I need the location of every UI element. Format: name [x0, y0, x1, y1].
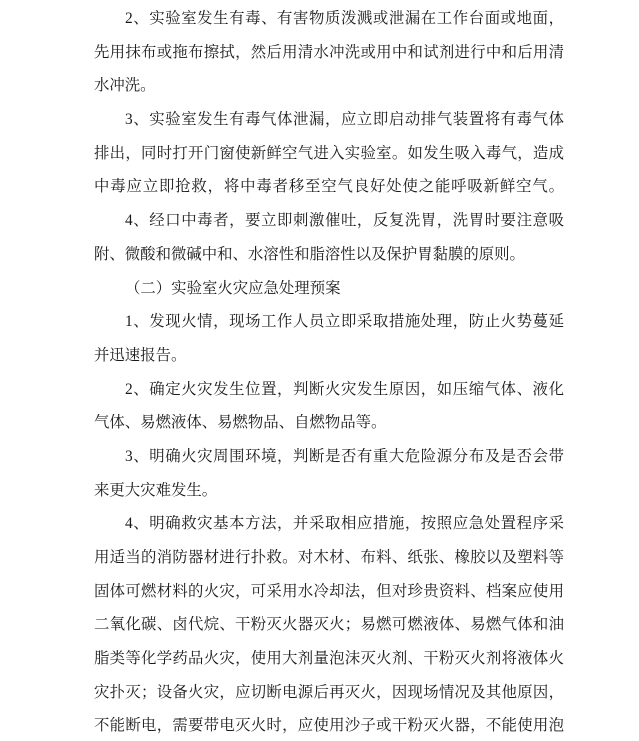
text-line: 固体可燃材料的火灾，可采用水冷却法，但对珍贵资料、档案应使用 — [94, 575, 564, 609]
section-heading: （二）实验室火灾应急处理预案 — [94, 272, 564, 306]
text-line: 1、发现火情，现场工作人员立即采取措施处理，防止火势蔓延 — [94, 305, 564, 339]
text-line: 4、经口中毒者，要立即刺激催吐，反复洗胃，洗胃时要注意吸 — [94, 204, 564, 238]
text-line: 中毒应立即抢救，将中毒者移至空气良好处使之能呼吸新鲜空气。 — [94, 170, 564, 204]
text-block: 2、实验室发生有毒、有害物质泼溅或泄漏在工作台面或地面， 先用抹布或拖布擦拭，然… — [94, 2, 564, 741]
text-line: 2、实验室发生有毒、有害物质泼溅或泄漏在工作台面或地面， — [94, 2, 564, 36]
text-line: 4、明确救灾基本方法，并采取相应措施，按照应急处置程序采 — [94, 507, 564, 541]
text-line: 气体、易燃液体、易燃物品、自燃物品等。 — [94, 406, 564, 440]
text-line: 3、实验室发生有毒气体泄漏，应立即启动排气装置将有毒气体 — [94, 103, 564, 137]
text-line: 3、明确火灾周围环境，判断是否有重大危险源分布及是否会带 — [94, 440, 564, 474]
text-line: 灾扑灭；设备火灾，应切断电源后再灭火，因现场情况及其他原因， — [94, 676, 564, 710]
text-line: 排出，同时打开门窗使新鲜空气进入实验室。如发生吸入毒气，造成 — [94, 137, 564, 171]
text-line: 用适当的消防器材进行扑救。对木材、布料、纸张、橡胶以及塑料等 — [94, 541, 564, 575]
text-line: 并迅速报告。 — [94, 339, 564, 373]
text-line: 二氧化碳、卤代烷、干粉灭火器灭火；易燃可燃液体、易燃气体和油 — [94, 608, 564, 642]
text-line: 脂类等化学药品火灾，使用大剂量泡沫灭火剂、干粉灭火剂将液体火 — [94, 642, 564, 676]
document-page: 2、实验室发生有毒、有害物质泼溅或泄漏在工作台面或地面， 先用抹布或拖布擦拭，然… — [0, 0, 639, 741]
text-line: 不能断电，需要带电灭火时，应使用沙子或干粉灭火器，不能使用泡 — [94, 709, 564, 741]
text-line: 水冲洗。 — [94, 69, 564, 103]
text-line: 附、微酸和微碱中和、水溶性和脂溶性以及保护胃黏膜的原则。 — [94, 238, 564, 272]
text-line: 先用抹布或拖布擦拭，然后用清水冲洗或用中和试剂进行中和后用清 — [94, 36, 564, 70]
text-line: 来更大灾难发生。 — [94, 474, 564, 508]
text-line: 2、确定火灾发生位置，判断火灾发生原因，如压缩气体、液化 — [94, 373, 564, 407]
